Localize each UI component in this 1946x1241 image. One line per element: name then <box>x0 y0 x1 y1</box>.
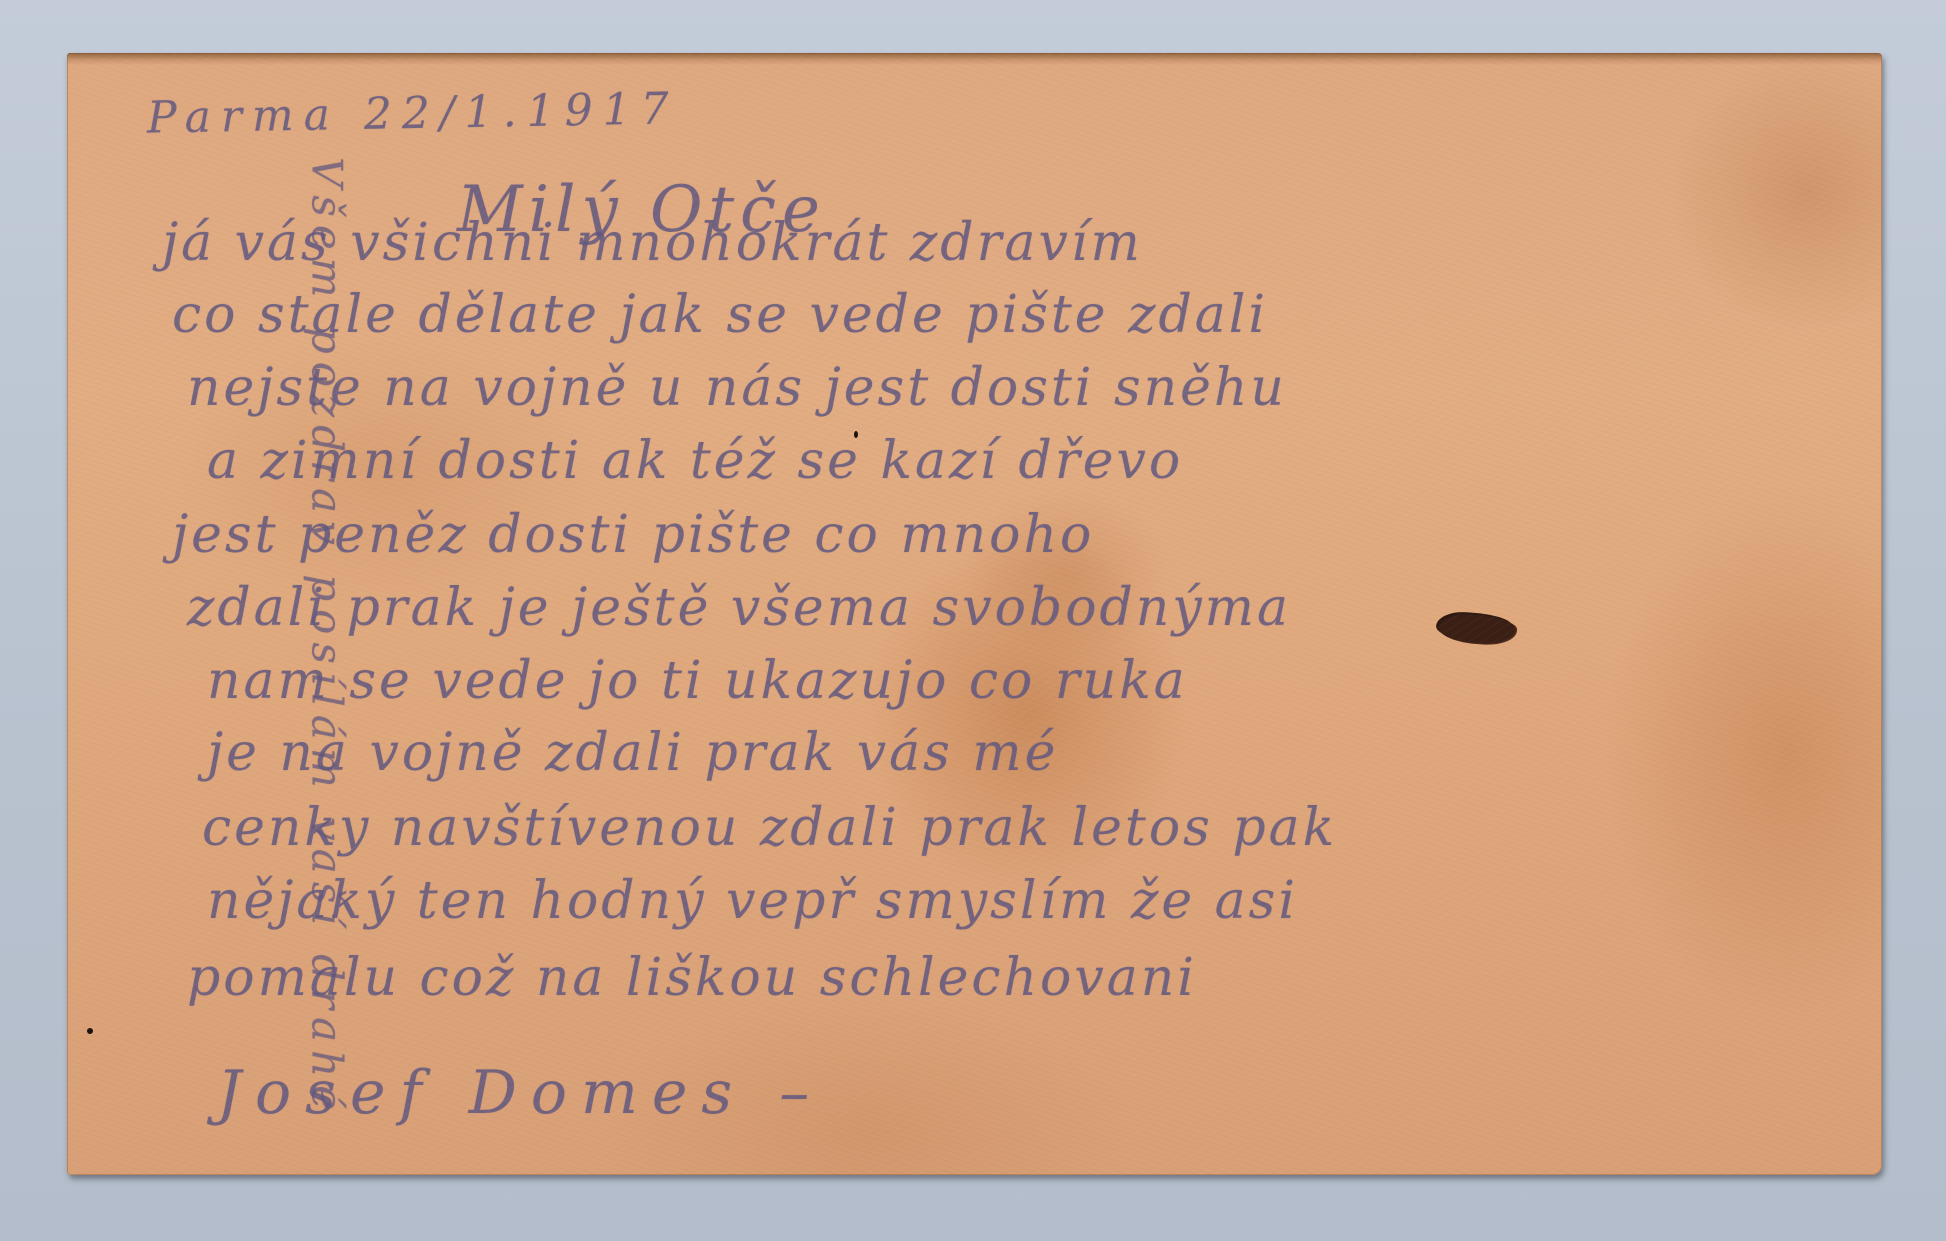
letter-line-4: a zimní dosti ak též se kazí dřevo <box>207 431 1183 491</box>
letter-line-7: nam se vede jo ti ukazujo co ruka <box>207 651 1188 711</box>
ink-dot <box>854 431 858 438</box>
postcard: Parma 22/1.1917 Milý Otče já vás všichni… <box>67 53 1882 1175</box>
ink-dot <box>87 1028 93 1034</box>
letter-line-3: nejste na vojně u nás jest dosti sněhu <box>187 358 1287 418</box>
letter-line-6: zdali prak je ještě všema svobodnýma <box>187 578 1291 638</box>
ink-blot <box>1438 612 1516 645</box>
letter-line-9: cenky navštívenou zdali prak letos pak <box>202 798 1337 858</box>
letter-line-10: nějaký ten hodný vepř smyslím že asi <box>207 871 1298 931</box>
vertical-margin-note: Všem pozdrav posílám vaší drahé <box>303 138 352 1138</box>
place-date-header: Parma 22/1.1917 <box>147 83 679 143</box>
